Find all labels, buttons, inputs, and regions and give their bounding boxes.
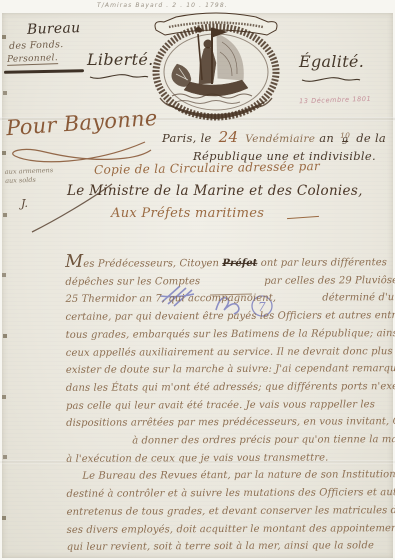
drop-cap: M (65, 252, 83, 272)
prefet-overwritten-word: Préfet (222, 258, 257, 269)
personnel-label: Personnel. (7, 53, 58, 66)
body-line: tous grades, embarqués sur les Batimens … (66, 325, 393, 344)
dateline-de-la: de la (356, 131, 386, 145)
body-line: exister de doute sur la marche à suivre:… (66, 360, 393, 379)
body-line: ceux appellés auxiliairement au service.… (66, 343, 393, 362)
margin-note: aux armemens aux solds (5, 166, 54, 186)
body-line: à donner des ordres précis pour qu'on ti… (66, 431, 393, 450)
body-line: qui leur revient, soit à terre soit à la… (67, 537, 394, 556)
dateline-paris-le: Paris, le (162, 131, 212, 145)
body-line: dispositions arrêtées par mes prédécesse… (66, 413, 393, 432)
body-line: destiné à contrôler et à suivre les muta… (66, 484, 393, 503)
body-line-1: Mes Prédécesseurs, Citoyen Préfet ont pa… (65, 252, 392, 273)
margin-initial: J. (21, 197, 28, 210)
body-line: Le Bureau des Revues étant, par la natur… (66, 467, 393, 486)
dateline-an: an (319, 131, 334, 145)
liberte-label: Liberté. (87, 50, 154, 69)
republic-emblem (146, 8, 286, 122)
body-line: dans les États qui m'ont été adressés; q… (66, 378, 393, 397)
dateline-year-correction: 10 9 (340, 133, 350, 145)
prefets-line: Aux Préfets maritimes (111, 206, 264, 221)
body-line-2: dépêches sur les Comptespar celles des 2… (65, 272, 392, 291)
dateline-month: Vendémiaire (245, 133, 315, 145)
body-text: Mes Prédécesseurs, Citoyen Préfet ont pa… (65, 252, 394, 557)
body-line-3: 25 Thermidor an 7, qui accompagnoient,dé… (65, 290, 392, 309)
binding-specks (3, 0, 5, 2)
body-line: certaine, par qui devaient être payés le… (65, 307, 392, 326)
egalite-label: Égalité. (299, 52, 364, 71)
bureau-label: Bureau (27, 20, 81, 38)
minister-line: Le Ministre de la Marine et des Colonies… (67, 183, 363, 199)
body-line: entretenus de tous grades, et devant con… (67, 502, 394, 521)
body-line: pas celle qui leur avait été tracée. Je … (66, 396, 393, 415)
bureau-des-fonds-label: des Fonds. (9, 39, 64, 52)
body-line: à l'exécution de ceux que je vais vous t… (66, 449, 393, 468)
margin-note-line2: aux solds (5, 175, 54, 186)
body-line: ses divers employés, doit acquitter le m… (67, 520, 394, 539)
dateline: Paris, le 24 Vendémiaire an 10 9 de la (162, 128, 386, 146)
scanned-letter: T/Amiras Bayard . 2 . 10 . 1798. Bureau … (0, 0, 395, 560)
dateline-day: 24 (216, 128, 242, 146)
